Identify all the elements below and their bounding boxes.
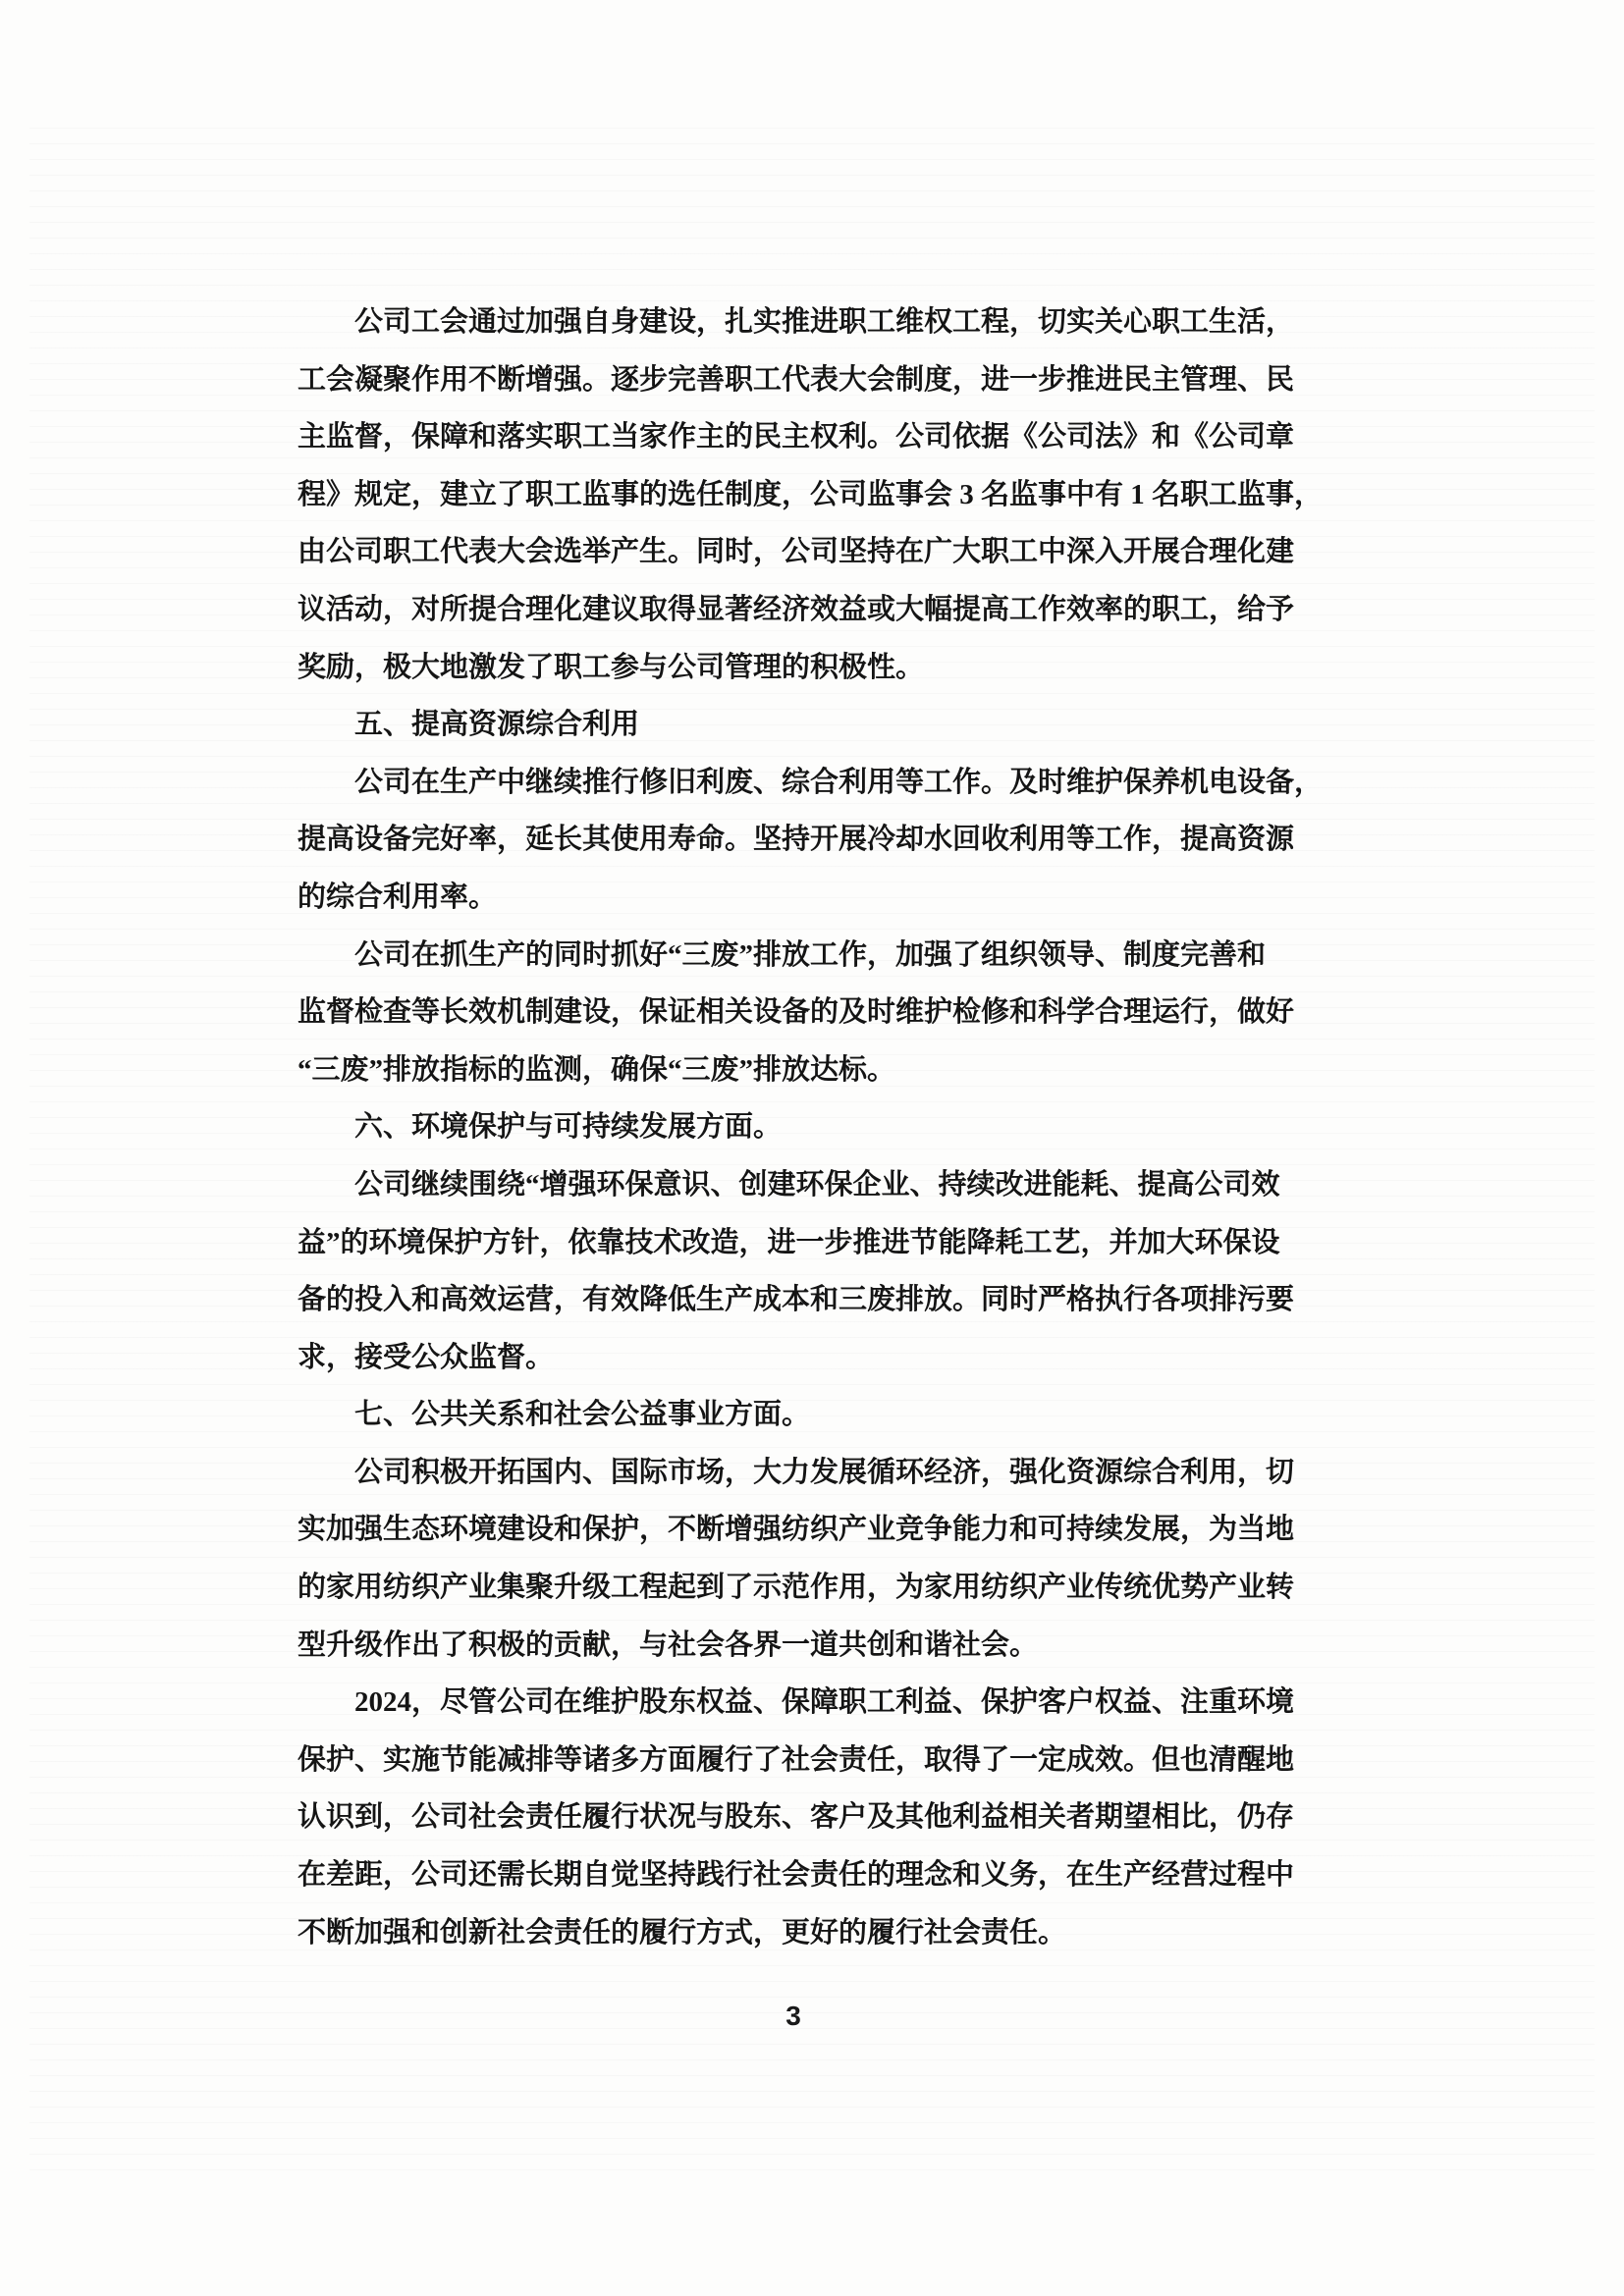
text-line: 程》规定，建立了职工监事的选任制度，公司监事会 3 名监事中有 1 名职工监事， [298, 466, 1293, 524]
text-line: 的综合利用率。 [298, 869, 1293, 927]
body-paragraph: 公司在抓生产的同时抓好“三废”排放工作，加强了组织领导、制度完善和监督检查等长效… [298, 927, 1293, 1099]
text-line: 备的投入和高效运营，有效降低生产成本和三废排放。同时严格执行各项排污要 [298, 1271, 1293, 1329]
body-paragraph: 公司积极开拓国内、国际市场，大力发展循环经济，强化资源综合利用，切实加强生态环境… [298, 1444, 1293, 1674]
section-heading: 六、环境保护与可持续发展方面。 [298, 1098, 1293, 1156]
text-line: 的家用纺织产业集聚升级工程起到了示范作用，为家用纺织产业传统优势产业转 [298, 1559, 1293, 1617]
body-paragraph: 公司继续围绕“增强环保意识、创建环保企业、持续改进能耗、提高公司效益”的环境保护… [298, 1156, 1293, 1386]
text-line: 议活动，对所提合理化建议取得显著经济效益或大幅提高工作效率的职工，给予 [298, 581, 1293, 639]
body-paragraph: 公司工会通过加强自身建设，扎实推进职工维权工程，切实关心职工生活，工会凝聚作用不… [298, 294, 1293, 696]
text-line: 益”的环境保护方针，依靠技术改造，进一步推进节能降耗工艺，并加大环保设 [298, 1214, 1293, 1272]
text-line: “三废”排放指标的监测，确保“三废”排放达标。 [298, 1041, 1293, 1099]
text-line: 主监督，保障和落实职工当家作主的民主权利。公司依据《公司法》和《公司章 [298, 408, 1293, 466]
text-line: 奖励，极大地激发了职工参与公司管理的积极性。 [298, 639, 1293, 697]
text-line: 保护、实施节能减排等诸多方面履行了社会责任，取得了一定成效。但也清醒地 [298, 1732, 1293, 1789]
text-line: 不断加强和创新社会责任的履行方式，更好的履行社会责任。 [298, 1904, 1293, 1962]
text-line: 型升级作出了积极的贡献，与社会各界一道共创和谐社会。 [298, 1617, 1293, 1675]
text-line: 公司积极开拓国内、国际市场，大力发展循环经济，强化资源综合利用，切 [298, 1444, 1293, 1502]
text-line: 在差距，公司还需长期自觉坚持践行社会责任的理念和义务，在生产经营过程中 [298, 1846, 1293, 1904]
section-heading: 五、提高资源综合利用 [298, 696, 1293, 754]
text-line: 七、公共关系和社会公益事业方面。 [298, 1386, 1293, 1444]
body-paragraph: 公司在生产中继续推行修旧利废、综合利用等工作。及时维护保养机电设备，提高设备完好… [298, 754, 1293, 927]
text-line: 公司在抓生产的同时抓好“三废”排放工作，加强了组织领导、制度完善和 [298, 927, 1293, 985]
section-heading: 七、公共关系和社会公益事业方面。 [298, 1386, 1293, 1444]
text-line: 监督检查等长效机制建设，保证相关设备的及时维护检修和科学合理运行，做好 [298, 984, 1293, 1041]
page-number: 3 [0, 2001, 1587, 2032]
body-paragraph: 2024，尽管公司在维护股东权益、保障职工利益、保护客户权益、注重环境保护、实施… [298, 1674, 1293, 1961]
text-line: 由公司职工代表大会选举产生。同时，公司坚持在广大职工中深入开展合理化建 [298, 523, 1293, 581]
text-line: 六、环境保护与可持续发展方面。 [298, 1098, 1293, 1156]
text-line: 五、提高资源综合利用 [298, 696, 1293, 754]
text-line: 公司继续围绕“增强环保意识、创建环保企业、持续改进能耗、提高公司效 [298, 1156, 1293, 1214]
text-line: 认识到，公司社会责任履行状况与股东、客户及其他利益相关者期望相比，仍存 [298, 1789, 1293, 1846]
text-line: 提高设备完好率，延长其使用寿命。坚持开展冷却水回收利用等工作，提高资源 [298, 811, 1293, 869]
text-line: 实加强生态环境建设和保护，不断增强纺织产业竞争能力和可持续发展，为当地 [298, 1501, 1293, 1559]
text-line: 公司工会通过加强自身建设，扎实推进职工维权工程，切实关心职工生活， [298, 294, 1293, 351]
text-line: 公司在生产中继续推行修旧利废、综合利用等工作。及时维护保养机电设备， [298, 754, 1293, 812]
text-line: 2024，尽管公司在维护股东权益、保障职工利益、保护客户权益、注重环境 [298, 1674, 1293, 1732]
document-page: 公司工会通过加强自身建设，扎实推进职工维权工程，切实关心职工生活，工会凝聚作用不… [0, 0, 1624, 2296]
text-line: 求，接受公众监督。 [298, 1329, 1293, 1387]
page-body: 公司工会通过加强自身建设，扎实推进职工维权工程，切实关心职工生活，工会凝聚作用不… [298, 294, 1293, 1961]
text-line: 工会凝聚作用不断增强。逐步完善职工代表大会制度，进一步推进民主管理、民 [298, 351, 1293, 409]
